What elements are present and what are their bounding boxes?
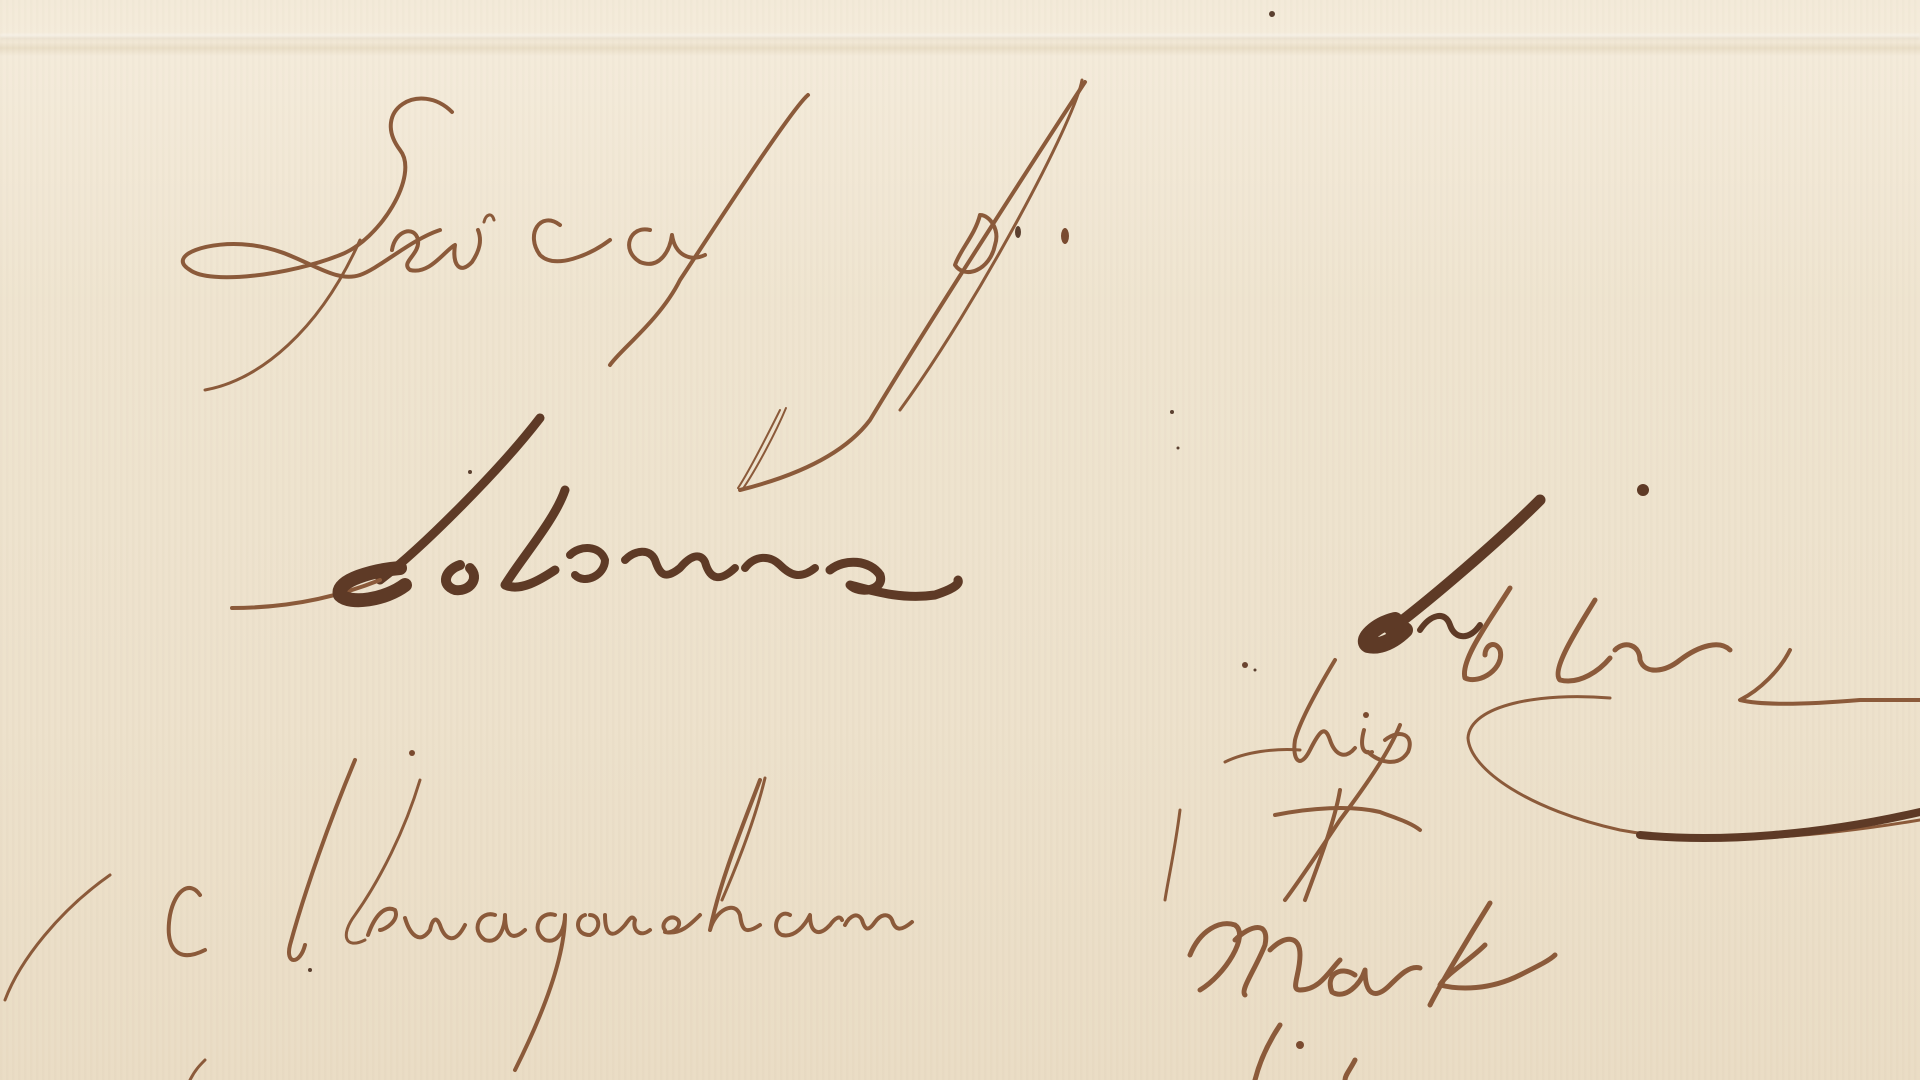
signature-kewagoushcum	[5, 750, 1180, 1080]
paper-specks	[308, 11, 1275, 972]
signature-lew-cass	[183, 80, 1085, 490]
signature-solomon	[232, 408, 958, 608]
handwriting-ink	[0, 0, 1920, 1080]
signature-text-kewagoushcum: Kewagoushcum	[160, 900, 168, 901]
his-mark	[1190, 660, 1555, 1080]
manuscript-page: Lew Cass. Solomon Sibley Kewagoushcum hi…	[0, 0, 1920, 1080]
signature-text-solomon-sibley: Solomon Sibley	[230, 560, 238, 561]
signature-text-cass: Lew Cass.	[190, 180, 195, 181]
signature-text-his-mark: his + mark	[1220, 760, 1226, 761]
signature-sibley	[1242, 484, 1920, 704]
signature-flourish	[1468, 697, 1920, 839]
